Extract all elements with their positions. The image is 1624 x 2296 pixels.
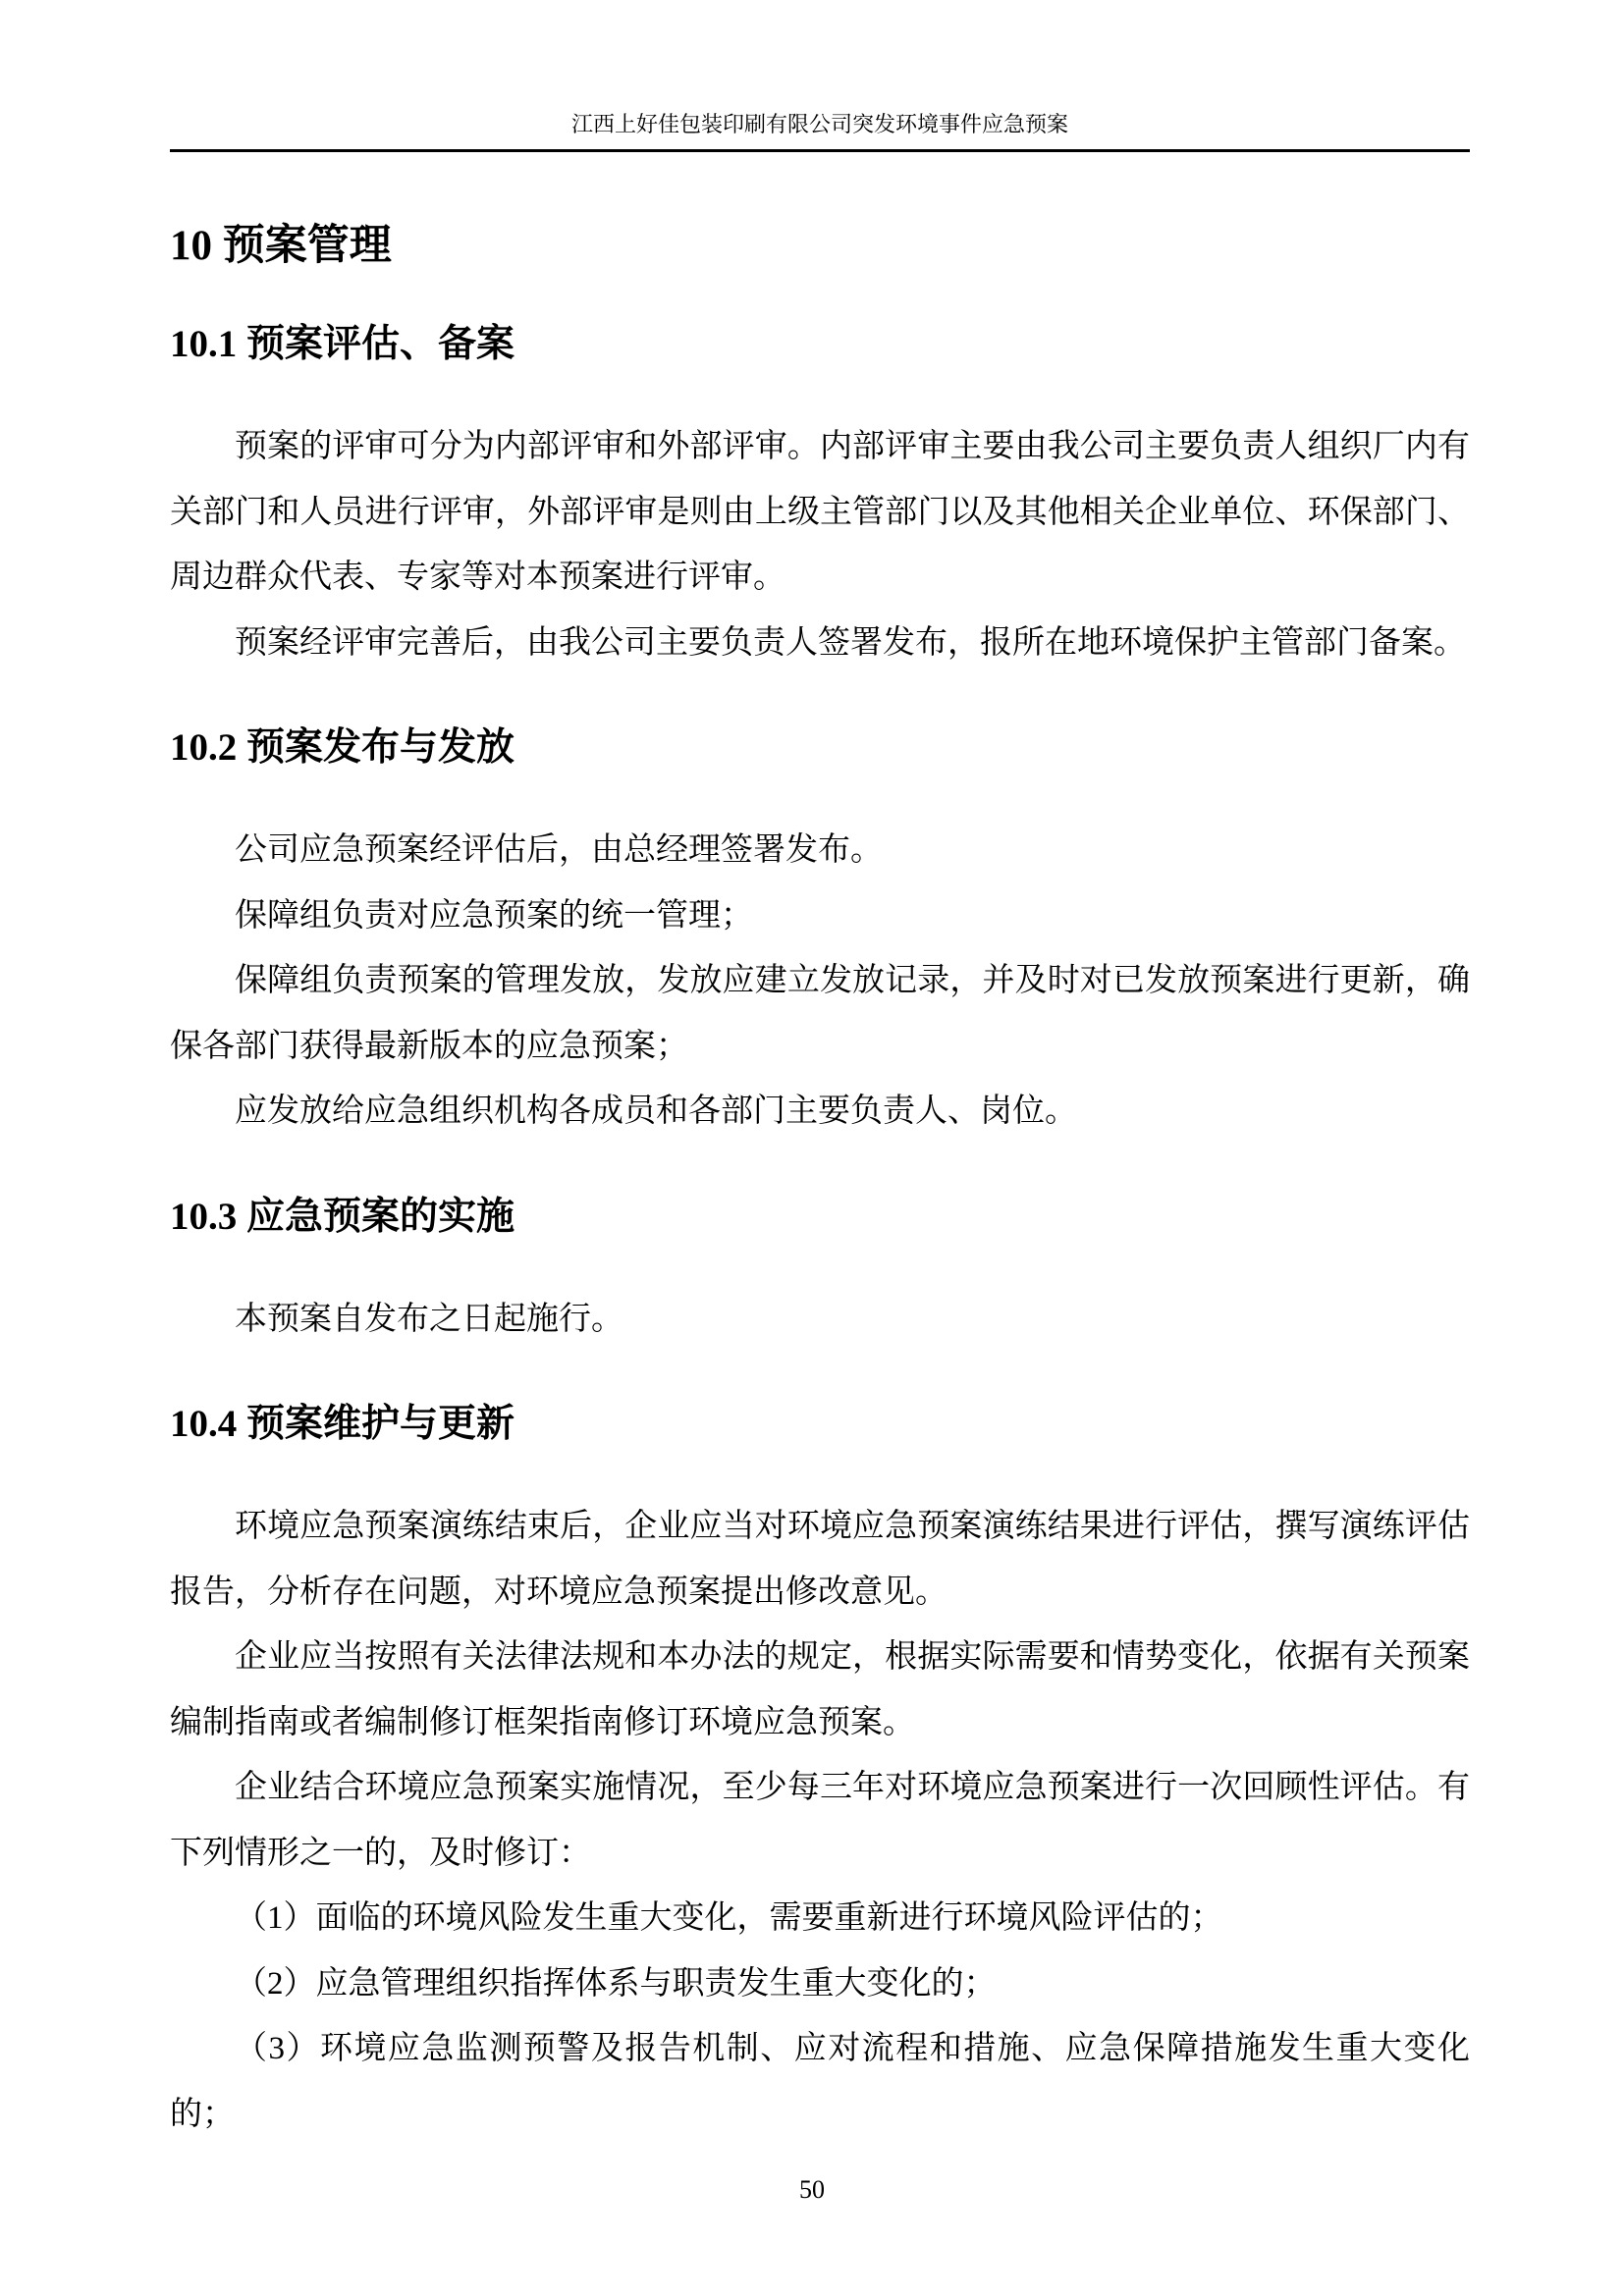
paragraph: 预案经评审完善后，由我公司主要负责人签署发布，报所在地环境保护主管部门备案。 <box>170 611 1470 676</box>
doc-section: 10.1 预案评估、备案预案的评审可分为内部评审和外部评审。内部评审主要由我公司… <box>170 321 1470 675</box>
paragraph: （1）面临的环境风险发生重大变化，需要重新进行环境风险评估的； <box>170 1886 1470 1951</box>
header-title: 江西上好佳包装印刷有限公司突发环境事件应急预案 <box>170 110 1470 139</box>
paragraph: 保障组负责对应急预案的统一管理； <box>170 883 1470 949</box>
paragraph: 公司应急预案经评估后，由总经理签署发布。 <box>170 818 1470 883</box>
section-heading: 10.3 应急预案的实施 <box>170 1194 1470 1241</box>
doc-section: 10.2 预案发布与发放公司应急预案经评估后，由总经理签署发布。保障组负责对应急… <box>170 724 1470 1145</box>
paragraph: 环境应急预案演练结束后，企业应当对环境应急预案演练结果进行评估，撰写演练评估报告… <box>170 1494 1470 1625</box>
chapter-heading: 10 预案管理 <box>170 221 1470 272</box>
page-content: 江西上好佳包装印刷有限公司突发环境事件应急预案 10 预案管理 10.1 预案评… <box>170 0 1470 2147</box>
sections-container: 10.1 预案评估、备案预案的评审可分为内部评审和外部评审。内部评审主要由我公司… <box>170 321 1470 2147</box>
paragraph: 预案的评审可分为内部评审和外部评审。内部评审主要由我公司主要负责人组织厂内有关部… <box>170 414 1470 611</box>
paragraph: （2）应急管理组织指挥体系与职责发生重大变化的； <box>170 1951 1470 2017</box>
page-number: 50 <box>0 2173 1624 2207</box>
paragraph: 应发放给应急组织机构各成员和各部门主要负责人、岗位。 <box>170 1079 1470 1145</box>
doc-section: 10.4 预案维护与更新环境应急预案演练结束后，企业应当对环境应急预案演练结果进… <box>170 1401 1470 2147</box>
paragraph: （3）环境应急监测预警及报告机制、应对流程和措施、应急保障措施发生重大变化的； <box>170 2016 1470 2147</box>
section-heading: 10.4 预案维护与更新 <box>170 1401 1470 1448</box>
paragraph: 企业结合环境应急预案实施情况，至少每三年对环境应急预案进行一次回顾性评估。有下列… <box>170 1755 1470 1886</box>
paragraph: 企业应当按照有关法律法规和本办法的规定，根据实际需要和情势变化，依据有关预案编制… <box>170 1625 1470 1755</box>
paragraph: 本预案自发布之日起施行。 <box>170 1287 1470 1353</box>
doc-section: 10.3 应急预案的实施本预案自发布之日起施行。 <box>170 1194 1470 1353</box>
page-header: 江西上好佳包装印刷有限公司突发环境事件应急预案 <box>170 0 1470 152</box>
document-page: 江西上好佳包装印刷有限公司突发环境事件应急预案 10 预案管理 10.1 预案评… <box>0 0 1624 2296</box>
header-divider <box>170 149 1470 152</box>
paragraph: 保障组负责预案的管理发放，发放应建立发放记录，并及时对已发放预案进行更新，确保各… <box>170 948 1470 1079</box>
section-heading: 10.1 预案评估、备案 <box>170 321 1470 368</box>
section-heading: 10.2 预案发布与发放 <box>170 724 1470 772</box>
